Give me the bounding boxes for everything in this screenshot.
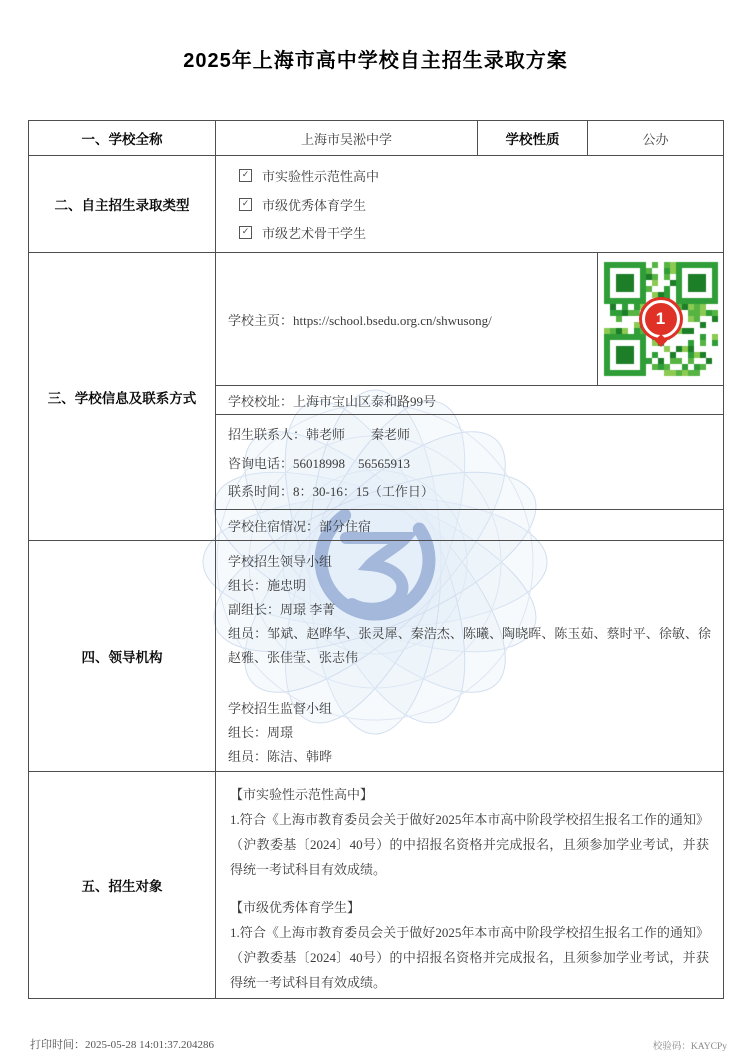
checked-checkbox-icon: ✓ [239, 198, 252, 211]
lead-group-title: 学校招生领导小组 [228, 550, 711, 574]
contact-subrow: 招生联系人：韩老师 秦老师 咨询电话：56018998 56565913 联系时… [216, 415, 723, 510]
table-row-school-name: 一、学校全称 上海市吴淞中学 学校性质 公办 [29, 121, 723, 155]
target-section2-text: 1.符合《上海市教育委员会关于做好2025年本市高中阶段学校招生报名工作的通知》… [230, 920, 709, 995]
enrollment-type-item: ✓ 市实验性示范性高中 [239, 166, 723, 185]
row3-label: 三、学校信息及联系方式 [29, 253, 216, 540]
table-row-enrollment-types: 二、自主招生录取类型 ✓ 市实验性示范性高中 ✓ 市级优秀体育学生 ✓ 市级艺术… [29, 155, 723, 252]
row4-label: 四、领导机构 [29, 541, 216, 771]
contact-time-text: 联系时间：8：30-16：15（工作日） [228, 481, 723, 500]
table-row-leadership: 四、领导机构 学校招生领导小组 组长：施忠明 副组长：周璟 李菁 组员：邹斌、赵… [29, 540, 723, 771]
accommodation-text: 学校住宿情况：部分住宿 [216, 510, 723, 540]
school-nature-label: 学校性质 [478, 121, 588, 155]
lead-group-leader: 组长：施忠明 [228, 574, 711, 598]
spacer [230, 882, 709, 895]
supervise-group-title: 学校招生监督小组 [228, 697, 711, 721]
print-time-text: 打印时间：2025-05-28 14:01:37.204286 [30, 1036, 214, 1052]
checked-checkbox-icon: ✓ [239, 226, 252, 239]
lead-group-members: 组员：邹斌、赵晔华、张灵犀、秦浩杰、陈曦、陶晓晖、陈玉茹、蔡时平、徐敏、徐赵雅、… [228, 622, 711, 670]
supervise-group-leader: 组长：周璟 [228, 721, 711, 745]
qr-code: 1 [598, 253, 723, 385]
spacer [228, 670, 711, 697]
target-section1-title: 【市实验性示范性高中】 [230, 782, 709, 807]
enrollment-type-label: 市级优秀体育学生 [262, 195, 366, 214]
enrollment-type-label: 市级艺术骨干学生 [262, 223, 366, 242]
school-name-value: 上海市吴淞中学 [216, 121, 478, 155]
check-glyph: ✓ [242, 171, 250, 180]
table-row-school-info: 三、学校信息及联系方式 学校主页：https://school.bsedu.or… [29, 252, 723, 540]
school-info-panel: 学校主页：https://school.bsedu.org.cn/shwuson… [216, 253, 723, 540]
phone-text: 咨询电话：56018998 56565913 [228, 453, 723, 472]
check-glyph: ✓ [242, 228, 250, 237]
target-section1-text: 1.符合《上海市教育委员会关于做好2025年本市高中阶段学校招生报名工作的通知》… [230, 807, 709, 882]
table-row-admission-targets: 五、招生对象 【市实验性示范性高中】 1.符合《上海市教育委员会关于做好2025… [29, 771, 723, 998]
school-homepage-text: 学校主页：https://school.bsedu.org.cn/shwuson… [216, 253, 598, 385]
qr-badge-number: 1 [656, 309, 665, 329]
contact-person-text: 招生联系人：韩老师 秦老师 [228, 424, 723, 443]
qr-badge: 1 [642, 300, 680, 338]
enrollment-type-item: ✓ 市级艺术骨干学生 [239, 223, 723, 242]
enrollment-type-list: ✓ 市实验性示范性高中 ✓ 市级优秀体育学生 ✓ 市级艺术骨干学生 [216, 156, 723, 252]
target-section2-title: 【市级优秀体育学生】 [230, 895, 709, 920]
leadership-content: 学校招生领导小组 组长：施忠明 副组长：周璟 李菁 组员：邹斌、赵晔华、张灵犀、… [216, 541, 723, 771]
check-glyph: ✓ [242, 200, 250, 209]
school-address-text: 学校校址：上海市宝山区泰和路99号 [216, 386, 723, 415]
checked-checkbox-icon: ✓ [239, 169, 252, 182]
admission-targets-content: 【市实验性示范性高中】 1.符合《上海市教育委员会关于做好2025年本市高中阶段… [216, 772, 723, 998]
row2-label: 二、自主招生录取类型 [29, 156, 216, 252]
enrollment-type-item: ✓ 市级优秀体育学生 [239, 195, 723, 214]
check-code-text: 校验码：KAYCPy [653, 1038, 727, 1052]
homepage-subrow: 学校主页：https://school.bsedu.org.cn/shwuson… [216, 253, 723, 386]
lead-group-deputy: 副组长：周璟 李菁 [228, 598, 711, 622]
row5-label: 五、招生对象 [29, 772, 216, 998]
enrollment-plan-table: 一、学校全称 上海市吴淞中学 学校性质 公办 二、自主招生录取类型 ✓ 市实验性… [28, 120, 724, 999]
enrollment-type-label: 市实验性示范性高中 [262, 166, 379, 185]
supervise-group-members: 组员：陈洁、韩晔 [228, 745, 711, 769]
row1-label: 一、学校全称 [29, 121, 216, 155]
page-title: 2025年上海市高中学校自主招生录取方案 [0, 44, 751, 73]
school-nature-value: 公办 [588, 121, 723, 155]
